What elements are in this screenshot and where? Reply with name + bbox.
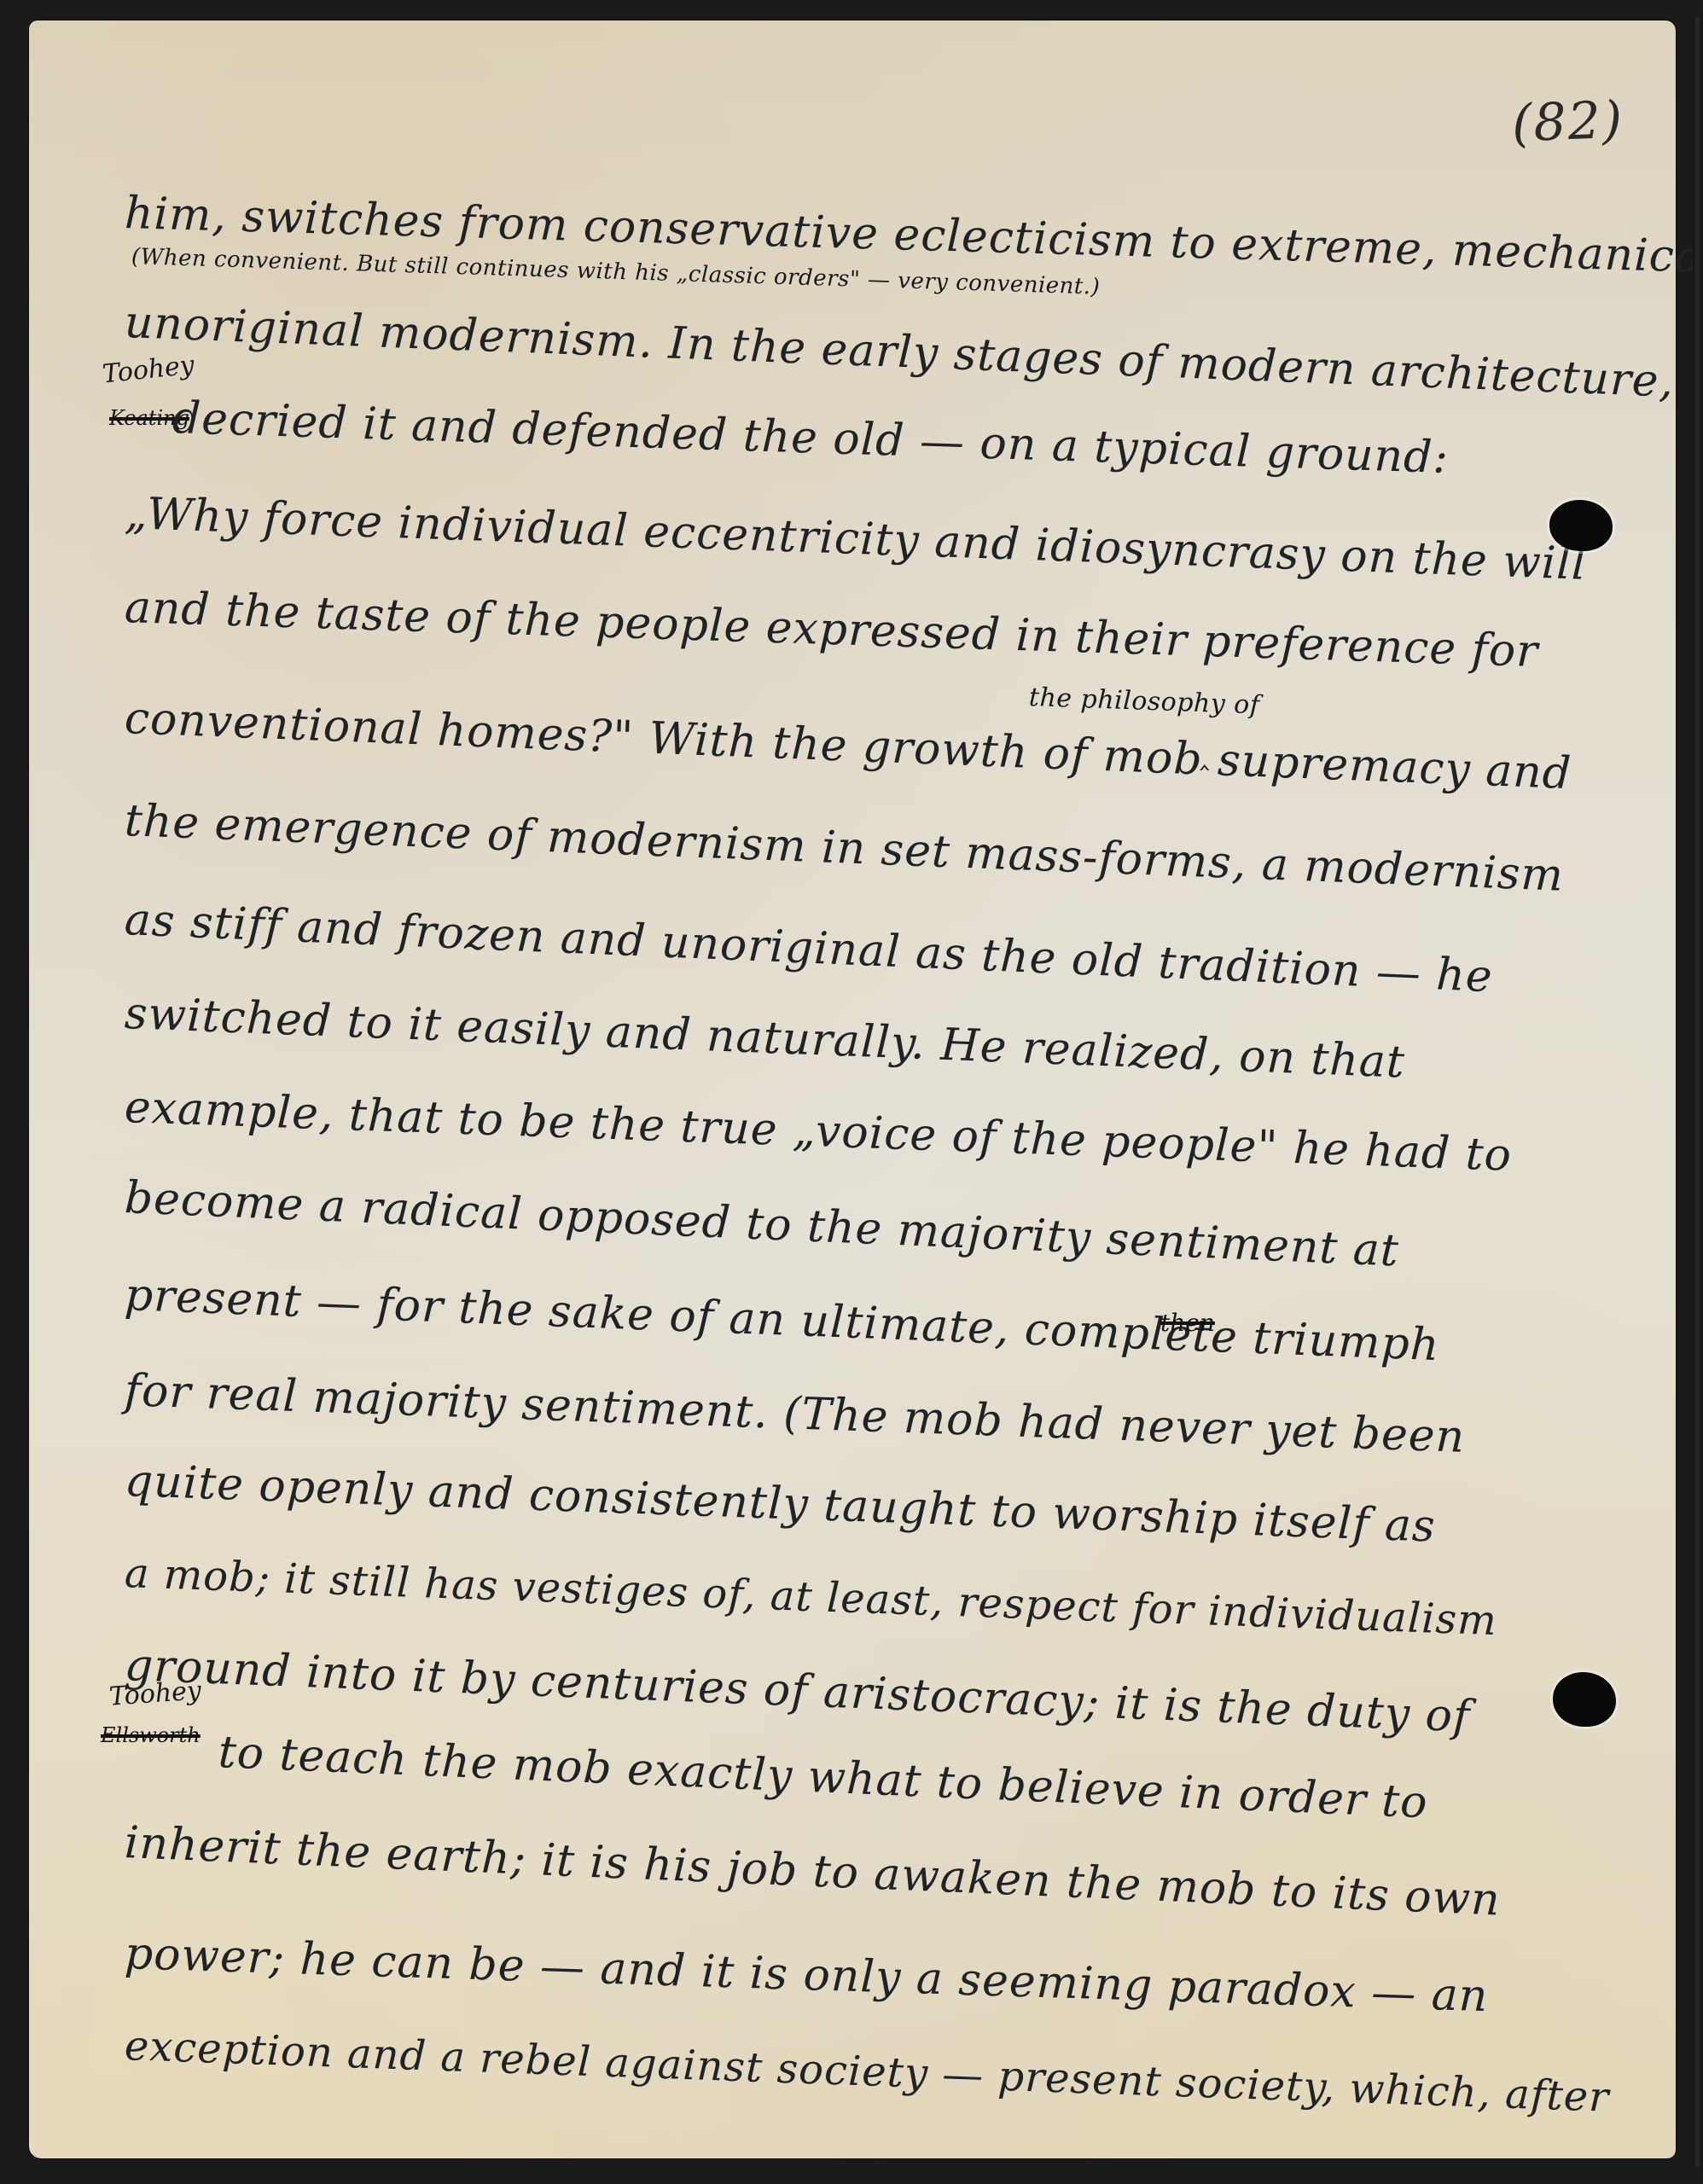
margin-note-toohey-2: Toohey <box>108 1676 202 1711</box>
manuscript-line-17: to teach the mob exactly what to believe… <box>218 1727 1429 1828</box>
manuscript-line-13: for real majority sentiment. (The mob ha… <box>124 1365 1466 1463</box>
page-number: (82) <box>1511 90 1625 154</box>
manuscript-page: (82) him, switches from conservative ecl… <box>29 20 1676 2158</box>
punch-hole-bottom <box>1553 1672 1616 1727</box>
punch-hole-top <box>1549 500 1613 551</box>
manuscript-line-11: become a radical opposed to the majority… <box>124 1172 1400 1277</box>
struck-word-line-17: Ellsworth <box>101 1723 201 1747</box>
manuscript-line-6: conventional homes?" With the growth of … <box>124 693 1572 799</box>
interlinear-insertion-philosophy: the philosophy of <box>1028 682 1260 720</box>
manuscript-line-12: present — for the sake of an ultimate, c… <box>124 1269 1441 1371</box>
struck-word-line-12: then <box>1160 1309 1215 1337</box>
manuscript-line-4: „Why force individual eccentricity and i… <box>124 488 1588 590</box>
manuscript-line-18: inherit the earth; it is his job to awak… <box>124 1817 1502 1926</box>
manuscript-line-5: and the taste of the people expressed in… <box>124 582 1539 677</box>
manuscript-line-14: quite openly and consistently taught to … <box>124 1455 1437 1553</box>
manuscript-line-7: the emergence of modernism in set mass-f… <box>124 795 1565 902</box>
binder-edge <box>1693 17 1703 2167</box>
manuscript-line-16: ground into it by centuries of aristocra… <box>124 1640 1471 1743</box>
manuscript-line-2: unoriginal modernism. In the early stage… <box>124 297 1675 408</box>
margin-note-toohey-1: Toohey <box>101 350 195 389</box>
manuscript-line-20: exception and a rebel against society — … <box>124 2022 1610 2122</box>
manuscript-line-10: example, that to be the true „voice of t… <box>124 1082 1513 1182</box>
manuscript-line-8: as stiff and frozen and unoriginal as th… <box>124 894 1494 1002</box>
manuscript-line-3: decried it and defended the old — on a t… <box>171 392 1450 484</box>
manuscript-line-19: power; he can be — and it is only a seem… <box>124 1928 1489 2022</box>
manuscript-line-15: a mob; it still has vestiges of, at leas… <box>124 1549 1498 1645</box>
manuscript-line-9: switched to it easily and naturally. He … <box>124 988 1406 1089</box>
